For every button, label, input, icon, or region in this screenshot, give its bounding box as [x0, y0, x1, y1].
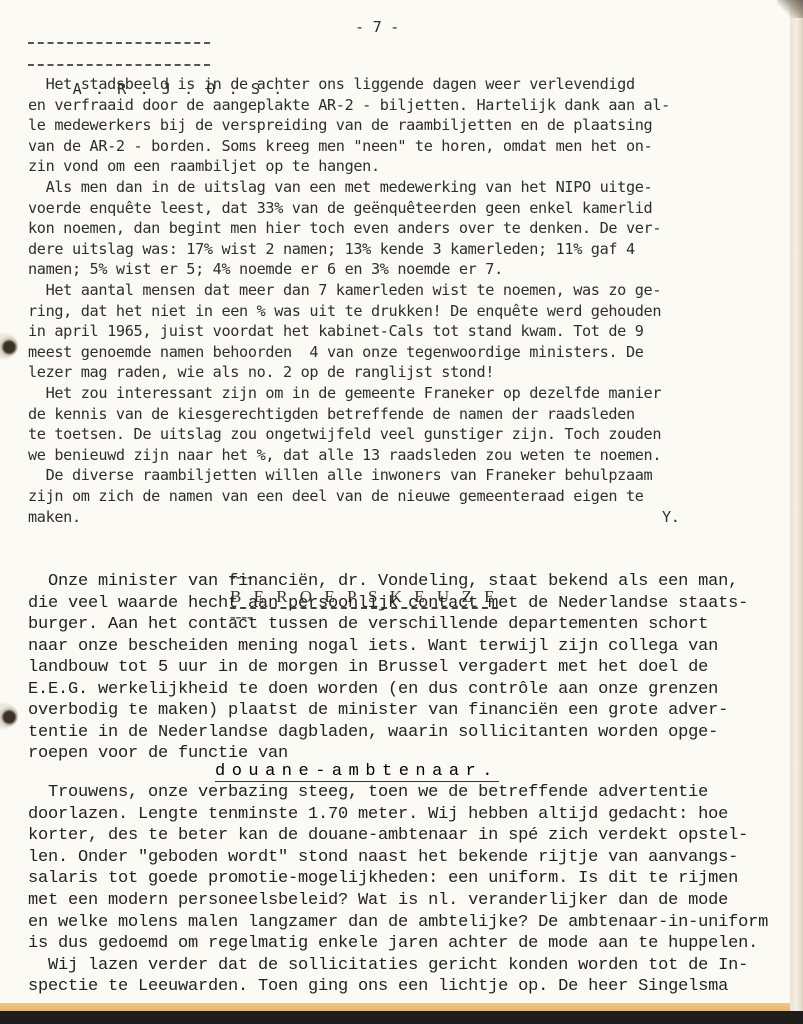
text-line: ring, dat het niet in een % was uit te d… — [28, 301, 661, 321]
text-line: tentie in de Nederlandse dagbladen, waar… — [28, 723, 718, 743]
text-line: Het stadsbeeld is in de achter ons ligge… — [28, 74, 635, 94]
text-line: voerde enquête leest, dat 33% van de geë… — [28, 198, 652, 218]
text-line: maken. — [28, 507, 81, 527]
text-line: we benieuwd zijn naar het %, dat alle 13… — [28, 445, 661, 465]
text-line: le medewerkers bij de verspreiding van d… — [28, 115, 652, 135]
text-line: van de AR-2 - borden. Soms kreeg men "ne… — [28, 136, 652, 156]
text-line: in april 1965, juist voordat het kabinet… — [28, 321, 644, 341]
text-line: len. Onder "geboden wordt" stond naast h… — [28, 848, 738, 868]
text-line: Wij lazen verder dat de sollicitaties ge… — [28, 956, 748, 976]
text-line: te toetsen. De uitslag zou ongetwijfeld … — [28, 424, 661, 444]
text-line: en verfraaid door de aangeplakte AR-2 - … — [28, 95, 670, 115]
text-line: met een modern personeelsbeleid? Wat is … — [28, 891, 728, 911]
text-line: Als men dan in de uitslag van een met me… — [28, 177, 652, 197]
text-line: salaris tot goede promotie-mogelijkheden… — [28, 869, 738, 889]
page-edge — [790, 0, 803, 1024]
title-overline — [28, 42, 210, 44]
text-line: zijn om zich de namen van een deel van d… — [28, 486, 644, 506]
text-line: roepen voor de functie van — [28, 744, 288, 764]
punch-hole — [0, 705, 18, 727]
text-line: burger. Aan het contact tussen de versch… — [28, 615, 708, 635]
page-corner-shadow — [777, 0, 803, 18]
text-line: Trouwens, onze verbazing steeg, toen we … — [28, 783, 708, 803]
background-edge — [0, 1011, 803, 1024]
text-line: De diverse raambiljetten willen alle inw… — [28, 465, 652, 485]
title-underline — [28, 64, 210, 66]
text-line: is dus gedoemd om regelmatig enkele jare… — [28, 934, 758, 954]
text-line: zin vond om een raambiljet op te hangen. — [28, 156, 380, 176]
text-line: spectie te Leeuwarden. Toen ging ons een… — [28, 977, 728, 997]
text-line: Het zou interessant zijn om in de gemeen… — [28, 383, 661, 403]
text-line: naar onze bescheiden mening nogal iets. … — [28, 637, 718, 657]
signature: Y. — [662, 508, 680, 526]
text-line: meest genoemde namen behoorden 4 van onz… — [28, 342, 644, 362]
text-line: en welke molens malen langzamer dan de a… — [28, 913, 768, 933]
text-line: namen; 5% wist er 5; 4% noemde er 6 en 3… — [28, 259, 503, 279]
text-line: Onze minister van financiën, dr. Vondeli… — [28, 572, 738, 592]
text-line: doorlazen. Lengte tenminste 1.70 meter. … — [28, 805, 728, 825]
text-line: de kennis van de kiesgerechtigden betref… — [28, 404, 635, 424]
text-line: overbodig te maken) plaatst de minister … — [28, 701, 728, 721]
text-line: lezer mag raden, wie als no. 2 op de ran… — [28, 362, 494, 382]
text-line: Het aantal mensen dat meer dan 7 kamerle… — [28, 280, 661, 300]
text-line: kon noemen, dan begint men hier toch eve… — [28, 218, 661, 238]
text-line: korter, des te beter kan de douane-ambte… — [28, 826, 748, 846]
page-bottom-edge — [0, 1003, 790, 1011]
punch-hole — [0, 335, 18, 357]
text-line: E.E.G. werkelijkheid te doen worden (en … — [28, 680, 718, 700]
text-line: dere uitslag was: 17% wist 2 namen; 13% … — [28, 239, 635, 259]
text-line: die veel waarde hecht aan persoonlijk co… — [28, 594, 748, 614]
centered-term: douane-ambtenaar. — [215, 762, 499, 782]
document-page: - 7 - A . R . J . O . S . Het stadsbeeld… — [0, 0, 791, 1003]
page-number: - 7 - — [355, 18, 399, 36]
text-line: landbouw tot 5 uur in de morgen in Bruss… — [28, 658, 708, 678]
